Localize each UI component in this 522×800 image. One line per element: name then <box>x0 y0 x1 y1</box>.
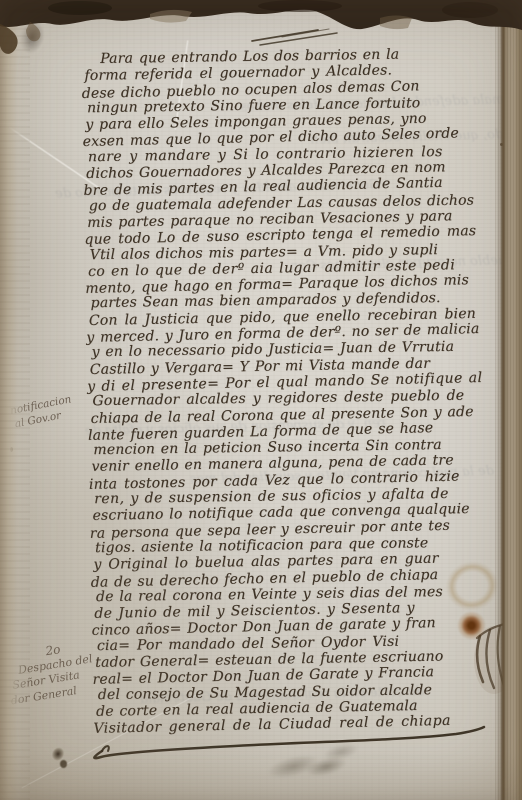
scan-vignette <box>0 0 522 800</box>
manuscript-scan-page: go de guatemala adefender Las causas del… <box>0 0 522 800</box>
